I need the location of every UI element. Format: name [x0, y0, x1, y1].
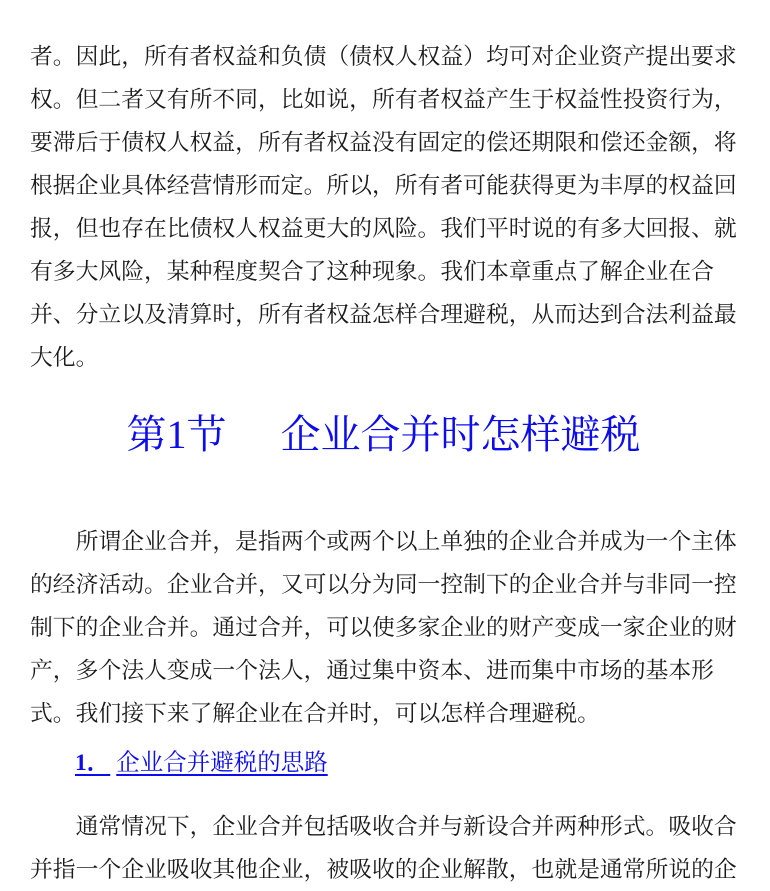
text-line: 通常情况下，企业合并包括吸收合并与新设合并两种形式。吸收合: [30, 805, 737, 848]
text-line: 并指一个企业吸收其他企业，被吸收的企业解散，也就是通常所说的企: [30, 848, 737, 891]
subsection-heading-row: 1．企业合并避税的思路: [30, 742, 737, 785]
section-heading-title: 企业合并时怎样避税: [281, 412, 641, 457]
text-line: 根据企业具体经营情形而定。所以，所有者可能获得更为丰厚的权益回: [30, 164, 737, 207]
text-line: 式。我们接下来了解企业在合并时，可以怎样合理避税。: [30, 692, 737, 735]
section-heading-number: 第1节: [127, 412, 227, 457]
text-line: 要滞后于债权人权益，所有者权益没有固定的偿还期限和偿还金额，将: [30, 121, 737, 164]
subsection-title: 企业合并避税的思路: [116, 750, 328, 776]
text-line: 产，多个法人变成一个法人，通过集中资本、进而集中市场的基本形: [30, 649, 737, 692]
document-page: 者。因此，所有者权益和负债（债权人权益）均可对企业资产提出要求权。但二者又有所不…: [0, 0, 770, 891]
paragraph-continuation: 者。因此，所有者权益和负债（债权人权益）均可对企业资产提出要求权。但二者又有所不…: [30, 35, 737, 379]
text-line: 报，但也存在比债权人权益更大的风险。我们平时说的有多大回报、就: [30, 207, 737, 250]
section-heading: 第1节企业合并时怎样避税: [30, 405, 737, 465]
text-line: 并、分立以及清算时，所有者权益怎样合理避税，从而达到合法利益最: [30, 293, 737, 336]
subsection-number: 1．: [75, 750, 110, 776]
subsection-link[interactable]: 1．企业合并避税的思路: [75, 750, 328, 776]
text-line: 的经济活动。企业合并，又可以分为同一控制下的企业合并与非同一控: [30, 563, 737, 606]
text-line: 权。但二者又有所不同，比如说，所有者权益产生于权益性投资行为，: [30, 78, 737, 121]
paragraph-intro: 所谓企业合并，是指两个或两个以上单独的企业合并成为一个主体的经济活动。企业合并，…: [30, 520, 737, 735]
paragraph-last: 通常情况下，企业合并包括吸收合并与新设合并两种形式。吸收合并指一个企业吸收其他企…: [30, 805, 737, 891]
text-line: 所谓企业合并，是指两个或两个以上单独的企业合并成为一个主体: [30, 520, 737, 563]
text-line: 者。因此，所有者权益和负债（债权人权益）均可对企业资产提出要求: [30, 35, 737, 78]
text-line: 有多大风险，某种程度契合了这种现象。我们本章重点了解企业在合: [30, 250, 737, 293]
text-line: 制下的企业合并。通过合并，可以使多家企业的财产变成一家企业的财: [30, 606, 737, 649]
text-line: 大化。: [30, 336, 737, 379]
